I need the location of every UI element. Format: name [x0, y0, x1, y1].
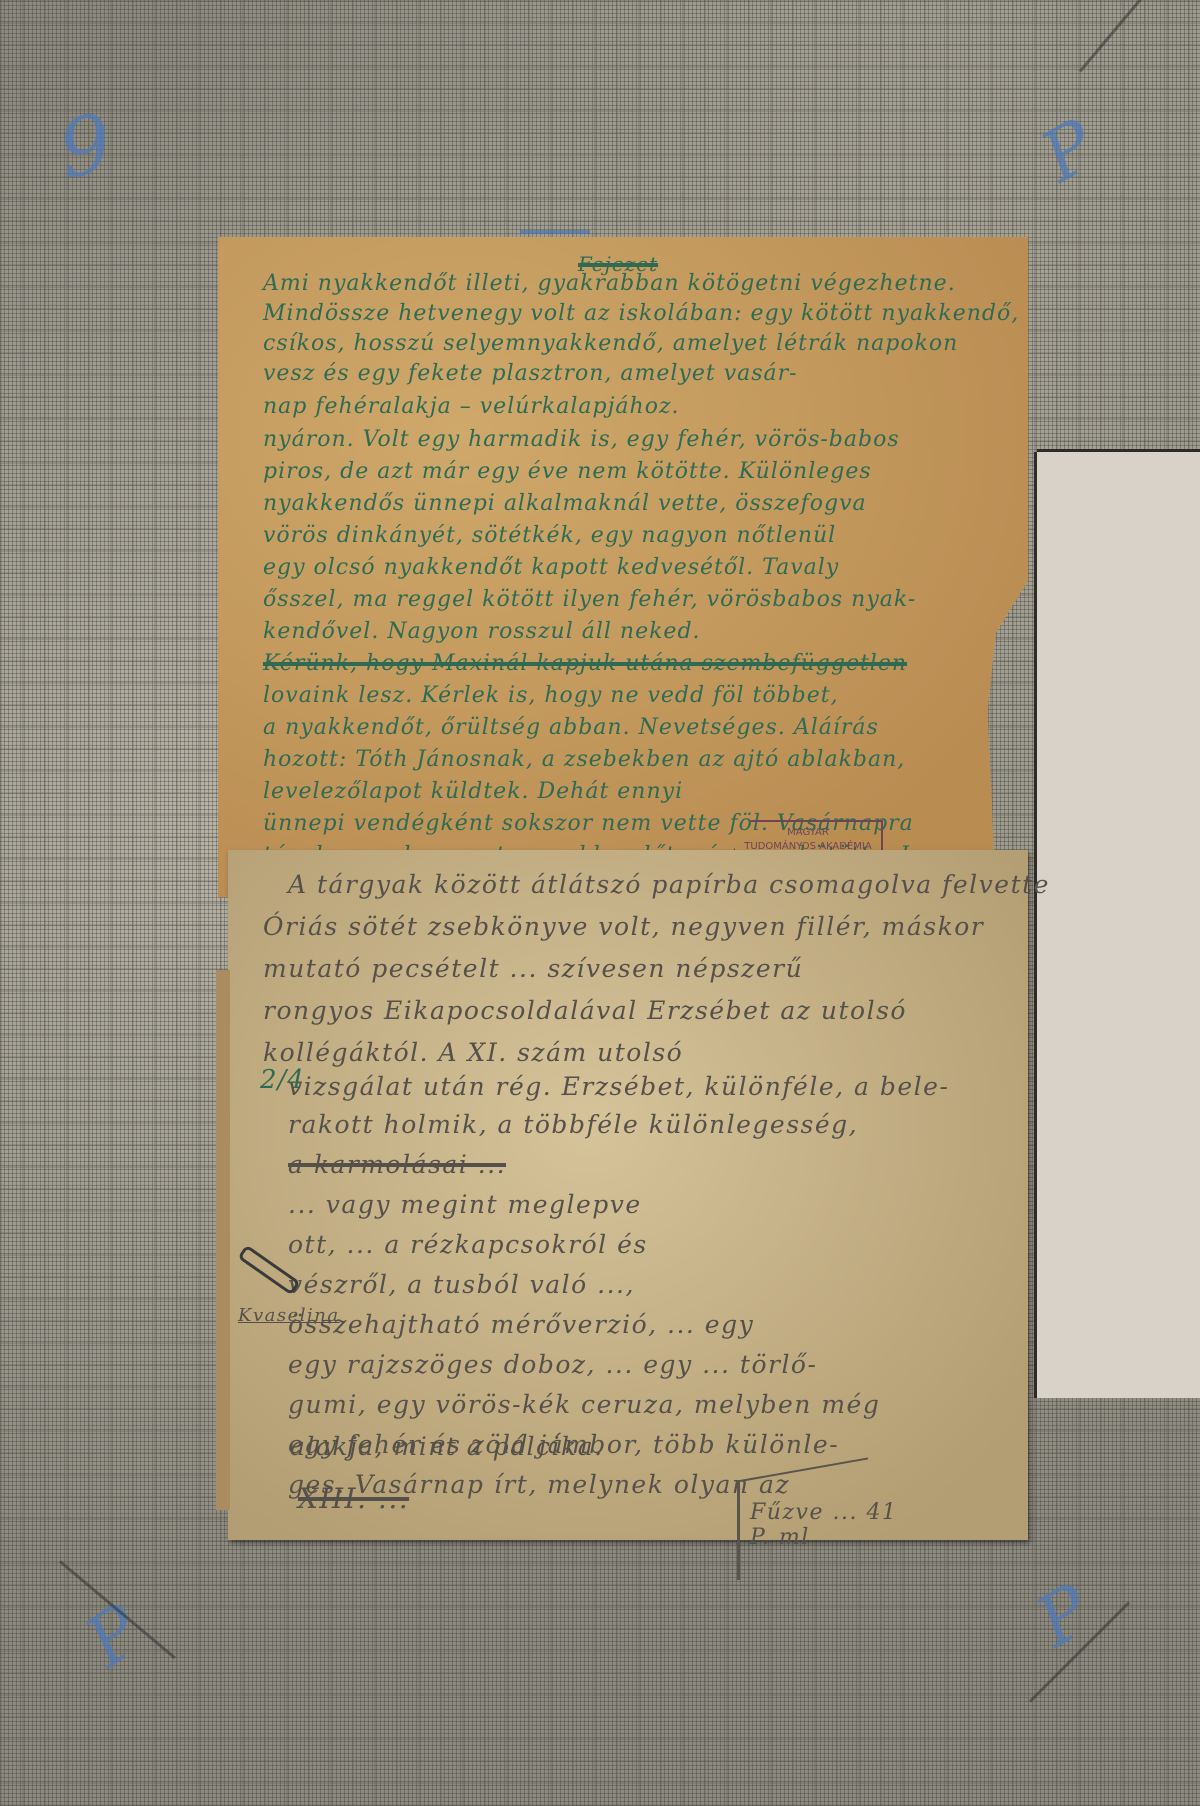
text-line: összehajtható mérőverzió, ... egy: [288, 1310, 754, 1339]
text-line: kollégáktól. A XI. szám utolsó: [263, 1038, 683, 1067]
text-line: nyakkendős ünnepi alkalmaknál vette, öss…: [263, 491, 867, 516]
text-line: ... vagy megint meglepve: [288, 1190, 642, 1219]
folded-edge: [216, 970, 230, 1510]
corner-line-top-right: [1079, 0, 1146, 72]
text-line: egy olcsó nyakkendőt kapott kedvesétől. …: [263, 555, 839, 580]
text-line: mutató pecsételt ... szívesen népszerű: [263, 954, 803, 983]
corner-mark-bottom-left: P: [71, 1589, 157, 1683]
text-line: Ami nyakkendőt illeti, gyakrabban kötöge…: [263, 271, 956, 296]
text-line: ősszel, ma reggel kötött ilyen fehér, vö…: [263, 587, 916, 612]
text-line: vizsgálat után rég. Erzsébet, különféle,…: [288, 1072, 949, 1101]
corner-mark-top-left: 9: [52, 96, 118, 196]
text-line: Óriás sötét zsebkönyve volt, negyven fil…: [263, 912, 984, 941]
text-line: levelezőlapot küldtek. Dehát ennyi: [263, 779, 683, 804]
manuscript-page-top: Fejezet Ami nyakkendőt illeti, gyakrabba…: [218, 237, 1028, 897]
text-line: Mindössze hetvenegy volt az iskolában: e…: [263, 301, 1019, 326]
text-line: a nyakkendőt, őrültség abban. Nevetséges…: [263, 715, 879, 740]
text-line: nap fehéralakja – velúrkalapjához.: [263, 394, 680, 419]
text-line: hozott: Tóth Jánosnak, a zsebekben az aj…: [263, 747, 905, 772]
corner-mark-top-right: P: [1028, 104, 1110, 199]
text-line: vesz és egy fekete plasztron, amelyet va…: [263, 361, 798, 386]
text-line: rongyos Eikapocsoldalával Erzsébet az ut…: [263, 996, 907, 1025]
text-line: gumi, egy vörös-kék ceruza, melyben még: [288, 1390, 880, 1419]
blue-mark-top: [520, 230, 590, 234]
text-line: csíkos, hosszú selyemnyakkendő, amelyet …: [263, 331, 958, 356]
text-line: nyáron. Volt egy harmadik is, egy fehér,…: [263, 427, 900, 452]
text-line-last: alakja, mint a pálcika.: [290, 1432, 604, 1461]
text-line-struck: Kérünk, hogy Maxinál kapjuk utána szembe…: [263, 651, 907, 676]
text-line: vészről, a tusból való ...,: [288, 1270, 635, 1299]
text-line: rakott holmik, a többféle különlegesség,: [288, 1110, 858, 1139]
white-card: [1037, 452, 1200, 1398]
text-line: kendővel. Nagyon rosszul áll neked.: [263, 619, 701, 644]
text-line: lovaink lesz. Kérlek is, hogy ne vedd fö…: [263, 683, 839, 708]
corner-mark-bottom-right: P: [1023, 1569, 1105, 1664]
struck-line: XIII. ...: [298, 1482, 409, 1515]
stamp-line: MAGYAR: [735, 826, 881, 840]
signature-text: Fűzve ... 41 P. ml: [750, 1500, 920, 1550]
text-line: ott, ... a rézkapcsokról és: [288, 1230, 648, 1259]
text-line: egy rajzszöges doboz, ... egy ... törlő-: [288, 1350, 817, 1379]
signature-mark: Fűzve ... 41 P. ml: [737, 1480, 920, 1580]
text-line: piros, de azt már egy éve nem kötötte. K…: [263, 459, 872, 484]
text-line: vörös dinkányét, sötétkék, egy nagyon nő…: [263, 523, 836, 548]
text-line-struck: a karmolásai ...: [288, 1150, 506, 1179]
text-line: A tárgyak között átlátszó papírba csomag…: [288, 870, 1050, 899]
